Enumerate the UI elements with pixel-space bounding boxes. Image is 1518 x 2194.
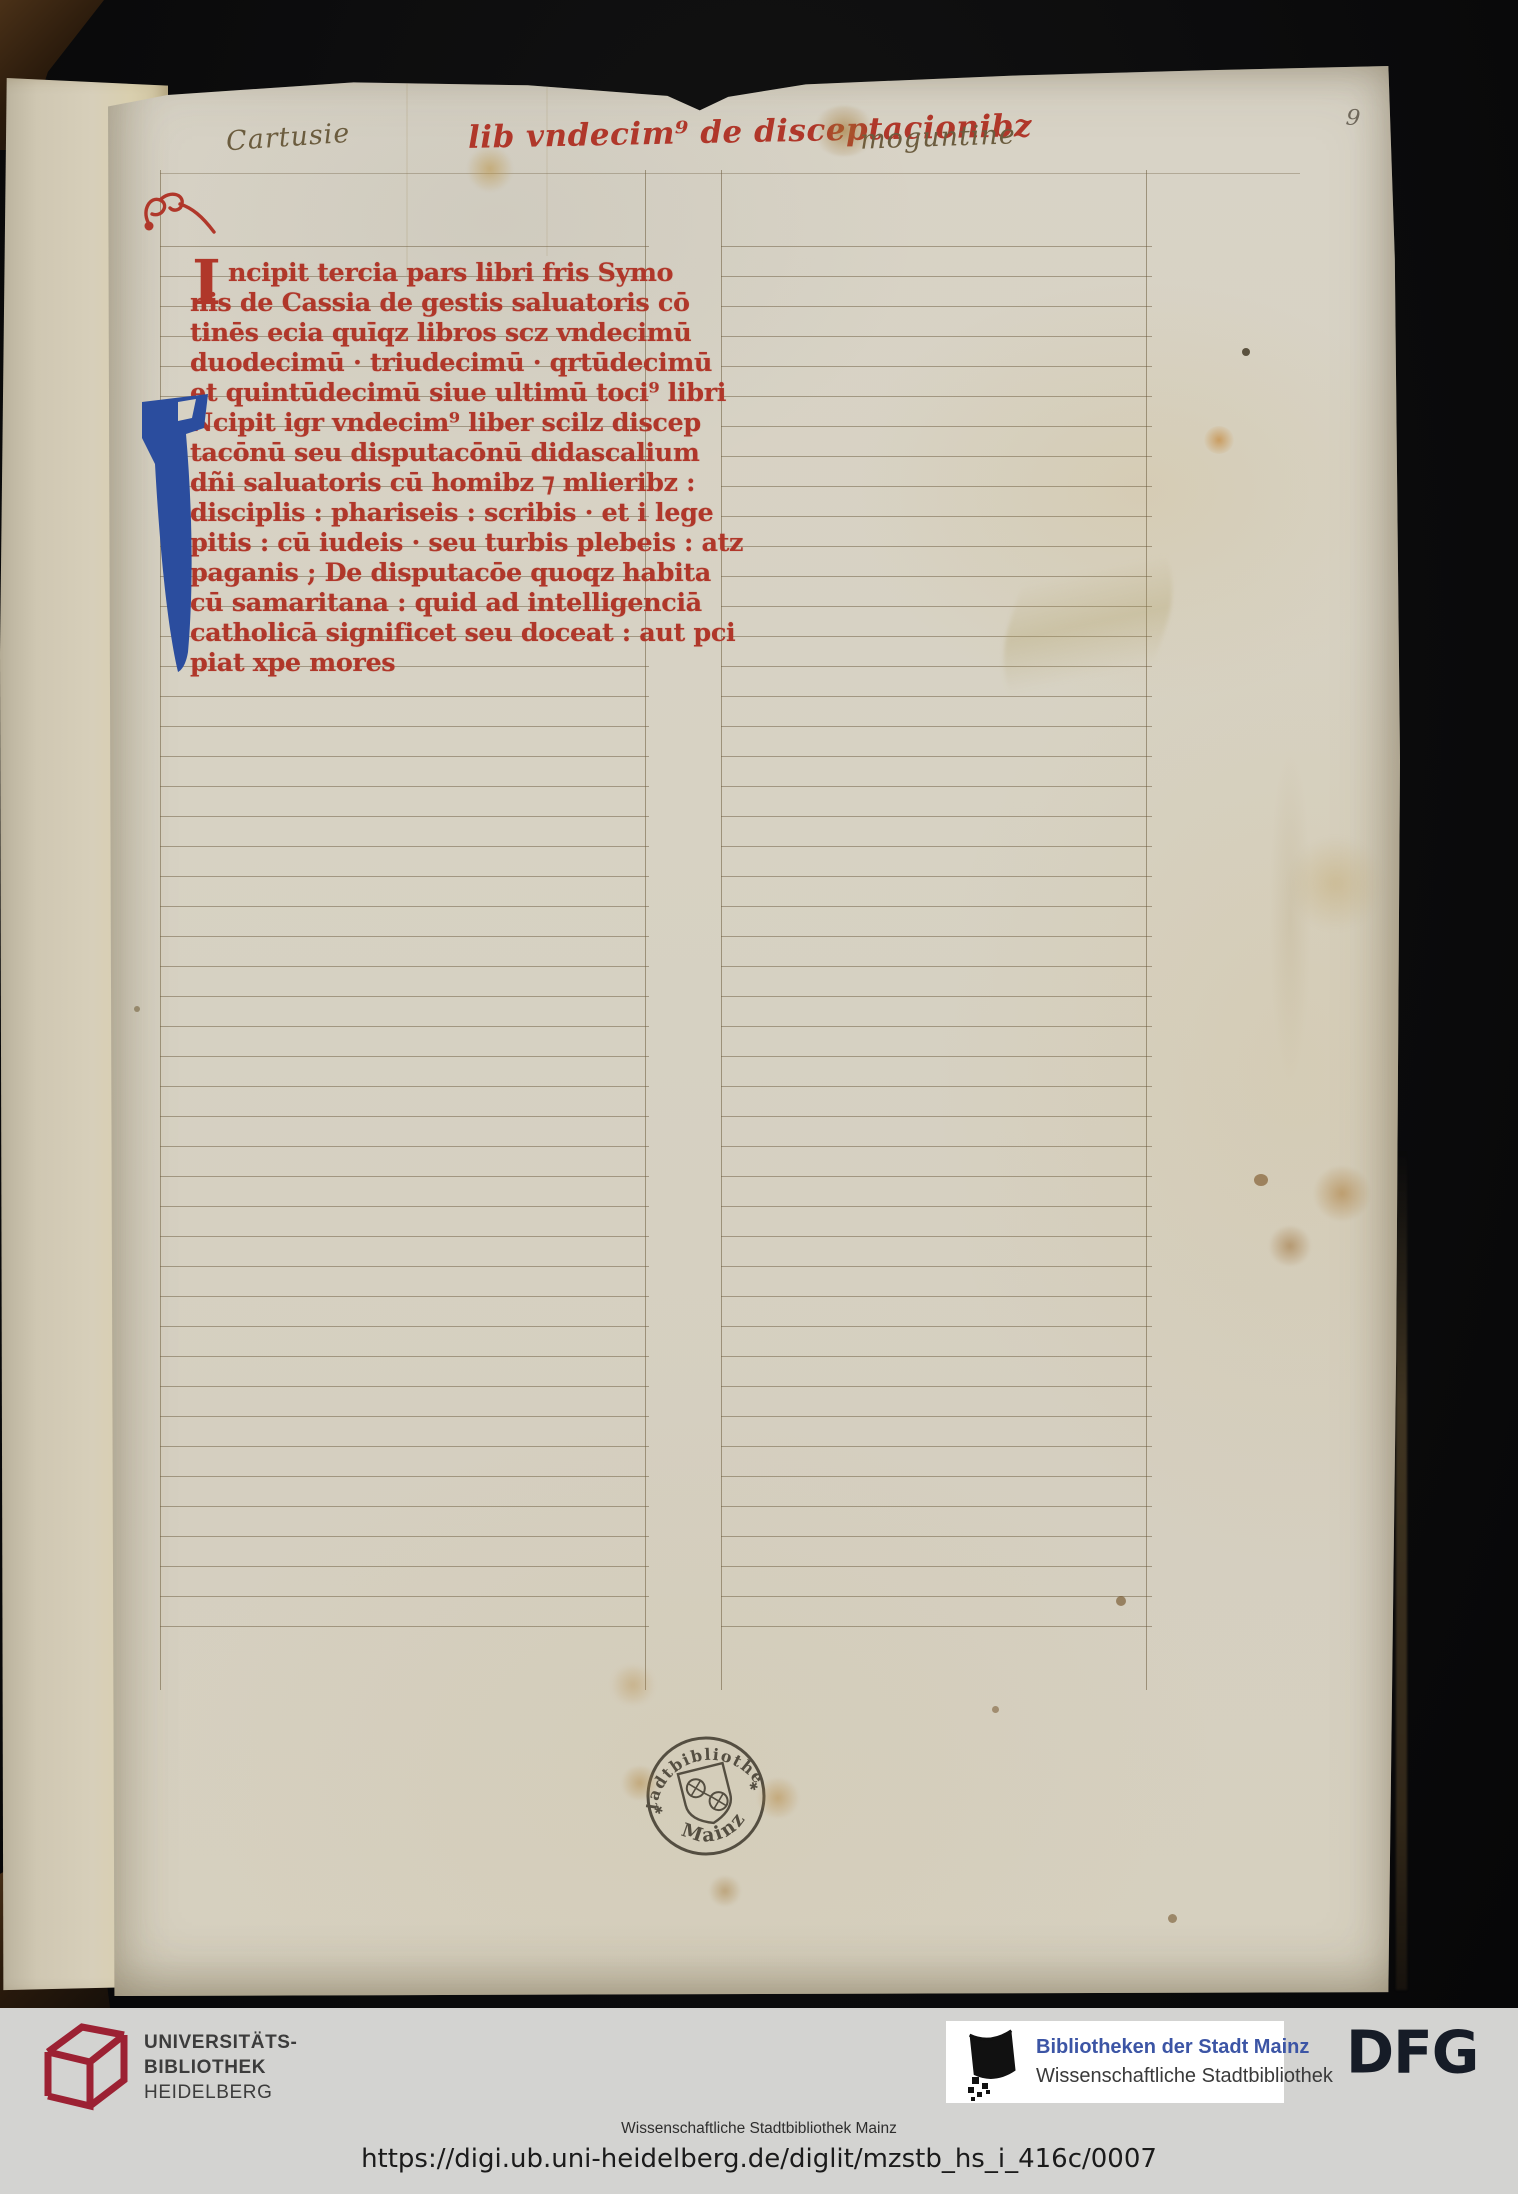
ruled-line bbox=[721, 366, 1152, 367]
ruled-line bbox=[160, 966, 649, 967]
digitized-scan-view: Cartusie lib vndecim⁹ de disceptacionibz… bbox=[0, 0, 1518, 2194]
ruled-line bbox=[721, 696, 1152, 697]
mainz-label-line2: Wissenschaftliche Stadtbibliothek bbox=[1036, 2062, 1333, 2091]
ruled-line bbox=[160, 1446, 649, 1447]
ruled-line bbox=[721, 936, 1152, 937]
ruled-line bbox=[160, 1566, 649, 1567]
ruled-line bbox=[160, 1476, 649, 1477]
heidelberg-library-label: UNIVERSITÄTS- BIBLIOTHEK HEIDELBERG bbox=[144, 2030, 297, 2105]
ruled-line bbox=[721, 1236, 1152, 1237]
ruled-line bbox=[160, 996, 649, 997]
ruled-line bbox=[721, 1296, 1152, 1297]
ruled-line bbox=[721, 1506, 1152, 1507]
folio-number: 9 bbox=[1345, 105, 1362, 131]
ruled-line bbox=[721, 1116, 1152, 1117]
rubric-initial-I: I bbox=[192, 252, 221, 314]
rubric-line: dñi saluatoris cū homibz ⁊ mlieribz : bbox=[190, 468, 660, 498]
ruled-line bbox=[160, 1296, 649, 1297]
ruled-line bbox=[160, 936, 649, 937]
ruled-line bbox=[721, 1086, 1152, 1087]
ruled-line bbox=[721, 636, 1152, 637]
ruled-line bbox=[721, 1146, 1152, 1147]
ruled-line bbox=[721, 1476, 1152, 1477]
caption-text: Wissenschaftliche Stadtbibliothek Mainz bbox=[0, 2120, 1518, 2138]
heidelberg-label-line3: HEIDELBERG bbox=[144, 2080, 297, 2105]
page-edge-stack bbox=[1396, 1150, 1407, 1990]
ruled-line bbox=[160, 1356, 649, 1357]
rubric-line: duodecimū · triudecimū · qrtūdecimū bbox=[190, 348, 660, 378]
heidelberg-label-line2: BIBLIOTHEK bbox=[144, 2055, 297, 2080]
rubric-line: et quintūdecimū siue ultimū toci⁹ libri bbox=[190, 378, 660, 408]
stamp-star-left: ✱ bbox=[653, 1803, 665, 1818]
rubric-line: tacōnū seu disputacōnū didascalium bbox=[190, 438, 660, 468]
mainz-library-label: Bibliotheken der Stadt Mainz Wissenschaf… bbox=[1036, 2033, 1333, 2091]
ruled-line bbox=[160, 1056, 649, 1057]
manuscript-page: Cartusie lib vndecim⁹ de disceptacionibz… bbox=[108, 66, 1400, 1996]
ruled-line bbox=[160, 1326, 649, 1327]
ruled-line bbox=[721, 666, 1152, 667]
ruled-line bbox=[721, 1566, 1152, 1567]
rubric-line: cū samaritana : quid ad intelligenciā bbox=[190, 588, 660, 618]
ruled-line bbox=[160, 1386, 649, 1387]
ruled-line bbox=[721, 906, 1152, 907]
ruled-line bbox=[721, 726, 1152, 727]
ruled-line bbox=[160, 1266, 649, 1267]
ruled-line bbox=[721, 1206, 1152, 1207]
ruled-line bbox=[160, 1626, 649, 1627]
ruled-line bbox=[721, 1626, 1152, 1627]
ruled-line bbox=[160, 1146, 649, 1147]
ruled-column-2 bbox=[721, 246, 1152, 1641]
ruled-line bbox=[721, 336, 1152, 337]
ruled-line bbox=[721, 276, 1152, 277]
rubric-line: paganis ; De disputacōe quoqz habita bbox=[190, 558, 660, 588]
ruled-line bbox=[721, 1326, 1152, 1327]
ruled-line bbox=[721, 456, 1152, 457]
ruled-line bbox=[160, 726, 649, 727]
dfg-logo: DFG bbox=[1346, 2017, 1478, 2086]
mainz-label-line1: Bibliotheken der Stadt Mainz bbox=[1036, 2033, 1333, 2062]
ruled-line bbox=[160, 1536, 649, 1537]
ruled-line bbox=[160, 786, 649, 787]
ruled-line bbox=[160, 1596, 649, 1597]
ruled-line bbox=[721, 306, 1152, 307]
rubric-block: I ncipit tercia pars libri fris Symonis … bbox=[190, 258, 660, 678]
ruled-line bbox=[160, 1176, 649, 1177]
ruled-line bbox=[160, 906, 649, 907]
ruled-line bbox=[160, 816, 649, 817]
ruled-line bbox=[721, 486, 1152, 487]
rubric-line: pitis : cū iudeis · seu turbis plebeis :… bbox=[190, 528, 660, 558]
heidelberg-label-line1: UNIVERSITÄTS- bbox=[144, 2030, 297, 2055]
rubric-line: piat xpe mores bbox=[190, 648, 660, 678]
ruled-line bbox=[160, 846, 649, 847]
ruled-line bbox=[160, 1206, 649, 1207]
heidelberg-university-library-logo bbox=[36, 2020, 132, 2112]
ruled-line bbox=[721, 1266, 1152, 1267]
ruled-line bbox=[721, 1416, 1152, 1417]
ruled-line bbox=[721, 606, 1152, 607]
ruled-line bbox=[721, 966, 1152, 967]
ruled-line bbox=[160, 1506, 649, 1507]
rubric-line: nis de Cassia de gestis saluatoris cō bbox=[190, 288, 660, 318]
mainz-library-book-icon bbox=[958, 2027, 1024, 2101]
rubric-flourish-ornament bbox=[140, 188, 218, 244]
ruled-line bbox=[160, 1026, 649, 1027]
rubric-line: disciplis : phariseis : scribis · et i l… bbox=[190, 498, 660, 528]
ruled-line bbox=[721, 1026, 1152, 1027]
ruled-line bbox=[160, 1236, 649, 1237]
ruled-line bbox=[721, 1536, 1152, 1537]
ruled-line bbox=[721, 846, 1152, 847]
source-url: https://digi.ub.uni-heidelberg.de/diglit… bbox=[0, 2144, 1518, 2174]
ruled-line bbox=[721, 996, 1152, 997]
ruled-line bbox=[721, 1176, 1152, 1177]
rubric-line: tinēs ecia quīqz libros scz vndecimū bbox=[190, 318, 660, 348]
blue-initial-letter bbox=[138, 394, 214, 676]
ruled-line bbox=[721, 1446, 1152, 1447]
ruled-line bbox=[160, 876, 649, 877]
footer-band: UNIVERSITÄTS- BIBLIOTHEK HEIDELBERG bbox=[0, 2008, 1518, 2194]
ruled-line bbox=[160, 1416, 649, 1417]
ruled-line bbox=[721, 756, 1152, 757]
svg-text:Mainz: Mainz bbox=[674, 1804, 754, 1854]
ruled-line bbox=[160, 246, 649, 247]
ruled-line bbox=[160, 1116, 649, 1117]
ruled-line bbox=[721, 1056, 1152, 1057]
ruled-line bbox=[721, 816, 1152, 817]
rubric-line: Ncipit igr vndecim⁹ liber scilz discep bbox=[190, 408, 660, 438]
top-margin-rule bbox=[160, 173, 1300, 174]
rubric-line: catholicā significet seu doceat : aut pc… bbox=[190, 618, 660, 648]
ruled-line bbox=[721, 396, 1152, 397]
ruled-line bbox=[721, 1386, 1152, 1387]
ruled-line bbox=[721, 876, 1152, 877]
ruled-line bbox=[160, 756, 649, 757]
annotation-moguntine: moguntine bbox=[860, 119, 1017, 155]
rubric-line: ncipit tercia pars libri fris Symo bbox=[190, 258, 660, 288]
ruled-line bbox=[160, 1086, 649, 1087]
ruled-line bbox=[721, 576, 1152, 577]
ruled-line bbox=[721, 246, 1152, 247]
ruled-line bbox=[160, 696, 649, 697]
ruled-line bbox=[721, 426, 1152, 427]
ruled-line bbox=[721, 516, 1152, 517]
ruled-line bbox=[721, 1356, 1152, 1357]
ruled-line bbox=[721, 546, 1152, 547]
mainz-library-logo-box: Bibliotheken der Stadt Mainz Wissenschaf… bbox=[946, 2021, 1284, 2103]
stamp-arc-bottom-text: Mainz bbox=[674, 1804, 754, 1854]
ruled-line bbox=[721, 786, 1152, 787]
ruled-line bbox=[721, 1596, 1152, 1597]
